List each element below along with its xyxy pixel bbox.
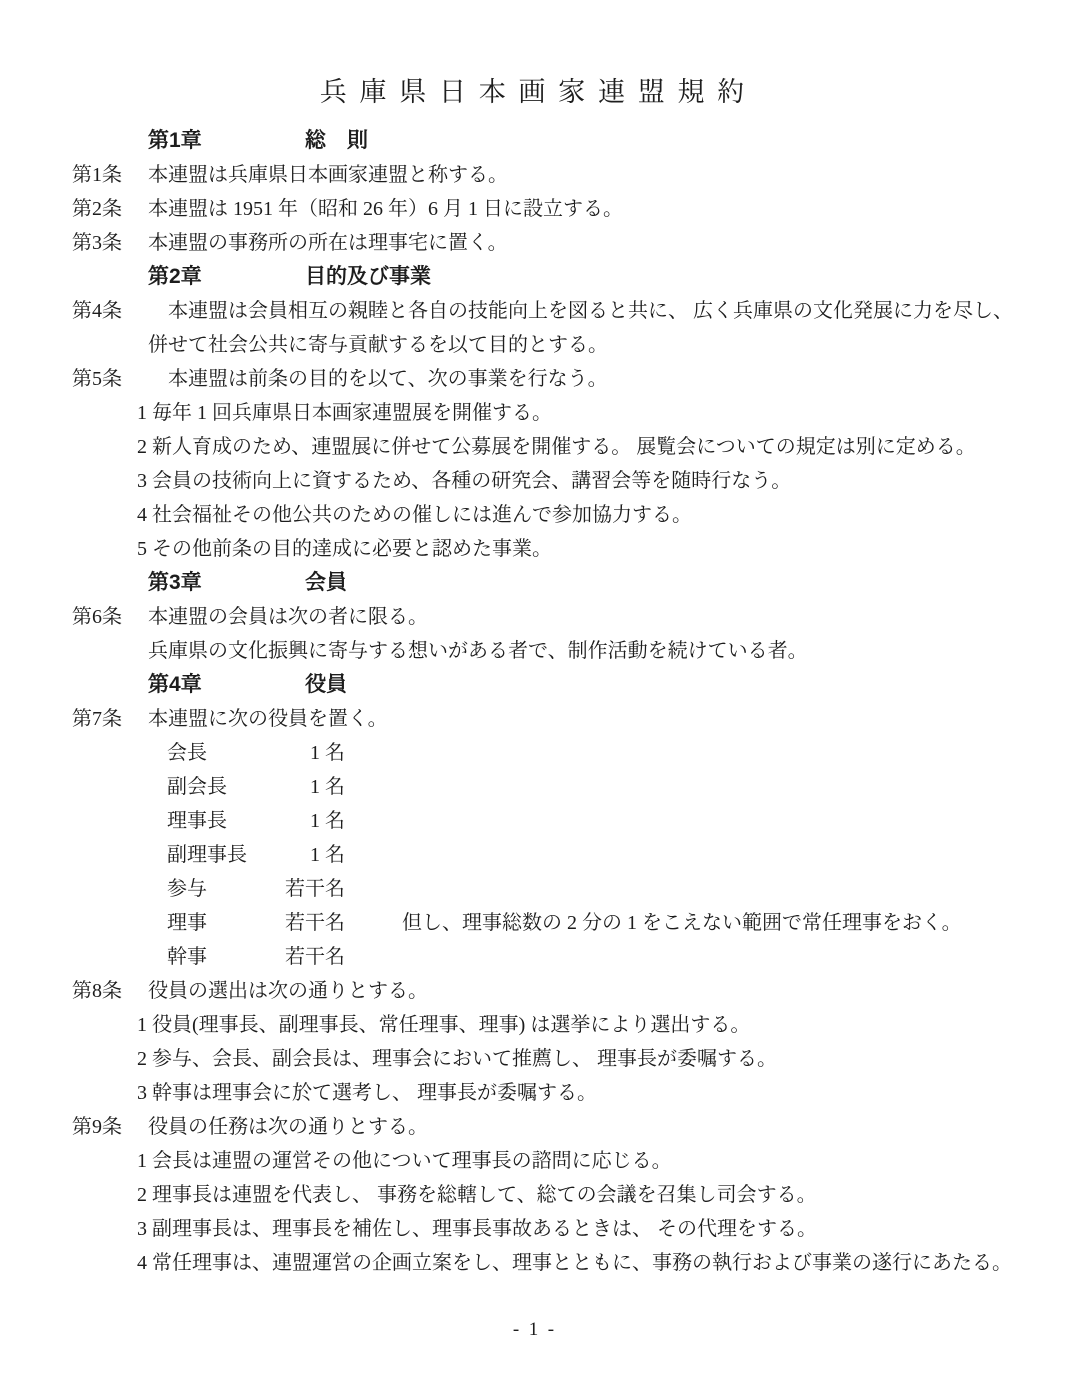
document-page: 兵 庫 県 日 本 画 家 連 盟 規 約 第1章総 則第1条本連盟は兵庫県日本…: [0, 0, 1067, 1387]
article-line: 第9条役員の任務は次の通りとする。: [72, 1110, 1067, 1144]
article-number: 第5条: [72, 362, 148, 396]
item-text: 3 幹事は理事会に於て選考し、 理事長が委嘱する。: [137, 1082, 597, 1104]
item-text: 2 新人育成のため、連盟展に併せて公募展を開催する。 展覧会についての規定は別に…: [137, 436, 976, 458]
chapter-title: 目的及び事業: [305, 265, 431, 288]
chapter-number: 第3章: [148, 566, 305, 600]
article-number: 第6条: [72, 600, 148, 634]
document-content: 第1章総 則第1条本連盟は兵庫県日本画家連盟と称する。第2条本連盟は 1951 …: [0, 124, 1067, 1280]
officer-title: 理事長: [167, 804, 283, 838]
chapter-heading: 第3章会員: [148, 566, 1067, 600]
chapter-title: 総 則: [305, 129, 368, 152]
officer-count: 1 名: [283, 770, 345, 804]
officer-title: 会長: [167, 736, 283, 770]
article-text: 本連盟の会員は次の者に限る。: [148, 606, 428, 628]
list-item: 2 参与、会長、副会長は、理事会において推薦し、 理事長が委嘱する。: [137, 1042, 1067, 1076]
list-item: 2 新人育成のため、連盟展に併せて公募展を開催する。 展覧会についての規定は別に…: [137, 430, 1067, 464]
article-text: 本連盟は会員相互の親睦と各自の技能向上を図ると共に、 広く兵庫県の文化発展に力を…: [148, 300, 1013, 322]
page-title: 兵 庫 県 日 本 画 家 連 盟 規 約: [0, 0, 1067, 108]
item-text: 1 毎年 1 回兵庫県日本画家連盟展を開催する。: [137, 402, 552, 424]
officer-count: 若干名: [283, 940, 345, 974]
article-number: 第4条: [72, 294, 148, 328]
article-number: 第1条: [72, 158, 148, 192]
officer-row: 理事長1 名: [167, 804, 1067, 838]
chapter-number: 第1章: [148, 124, 305, 158]
article-text: 本連盟の事務所の所在は理事宅に置く。: [148, 232, 508, 254]
article-continuation: 兵庫県の文化振興に寄与する想いがある者で、制作活動を続けている者。: [148, 634, 1067, 668]
officer-row: 幹事若干名: [167, 940, 1067, 974]
article-continuation: 併せて社会公共に寄与貢献するを以て目的とする。: [148, 328, 1067, 362]
page-number: - 1 -: [0, 1319, 1067, 1341]
article-number: 第9条: [72, 1110, 148, 1144]
item-text: 1 会長は連盟の運営その他について理事長の諮問に応じる。: [137, 1150, 672, 1172]
item-text: 2 理事長は連盟を代表し、 事務を総轄して、総ての会議を召集し司会する。: [137, 1184, 817, 1206]
article-text: 役員の任務は次の通りとする。: [148, 1116, 428, 1138]
officer-count: 1 名: [283, 736, 345, 770]
officer-title: 理事: [167, 906, 283, 940]
article-line: 第3条本連盟の事務所の所在は理事宅に置く。: [72, 226, 1067, 260]
item-text: 3 会員の技術向上に資するため、各種の研究会、講習会等を随時行なう。: [137, 470, 791, 492]
article-line: 第4条 本連盟は会員相互の親睦と各自の技能向上を図ると共に、 広く兵庫県の文化発…: [72, 294, 1067, 328]
list-item: 3 幹事は理事会に於て選考し、 理事長が委嘱する。: [137, 1076, 1067, 1110]
officer-row: 副会長1 名: [167, 770, 1067, 804]
article-number: 第2条: [72, 192, 148, 226]
article-number: 第8条: [72, 974, 148, 1008]
article-text: 本連盟に次の役員を置く。: [148, 708, 388, 730]
item-text: 3 副理事長は、理事長を補佐し、理事長事故あるときは、 その代理をする。: [137, 1218, 817, 1240]
article-line: 第2条本連盟は 1951 年（昭和 26 年）6 月 1 日に設立する。: [72, 192, 1067, 226]
article-text: 併せて社会公共に寄与貢献するを以て目的とする。: [148, 334, 608, 356]
article-text: 本連盟は 1951 年（昭和 26 年）6 月 1 日に設立する。: [148, 198, 623, 220]
list-item: 1 会長は連盟の運営その他について理事長の諮問に応じる。: [137, 1144, 1067, 1178]
chapter-number: 第4章: [148, 668, 305, 702]
list-item: 3 会員の技術向上に資するため、各種の研究会、講習会等を随時行なう。: [137, 464, 1067, 498]
officer-row: 参与若干名: [167, 872, 1067, 906]
article-line: 第7条本連盟に次の役員を置く。: [72, 702, 1067, 736]
list-item: 4 常任理事は、連盟運営の企画立案をし、理事とともに、事務の執行および事業の遂行…: [137, 1246, 1067, 1280]
article-text: 本連盟は前条の目的を以て、次の事業を行なう。: [148, 368, 608, 390]
officer-title: 参与: [167, 872, 283, 906]
chapter-title: 役員: [305, 673, 347, 696]
item-text: 2 参与、会長、副会長は、理事会において推薦し、 理事長が委嘱する。: [137, 1048, 777, 1070]
list-item: 3 副理事長は、理事長を補佐し、理事長事故あるときは、 その代理をする。: [137, 1212, 1067, 1246]
officer-row: 理事若干名但し、理事総数の 2 分の 1 をこえない範囲で常任理事をおく。: [167, 906, 1067, 940]
list-item: 5 その他前条の目的達成に必要と認めた事業。: [137, 532, 1067, 566]
item-text: 4 常任理事は、連盟運営の企画立案をし、理事とともに、事務の執行および事業の遂行…: [137, 1252, 1012, 1274]
officer-count: 1 名: [283, 804, 345, 838]
chapter-heading: 第1章総 則: [148, 124, 1067, 158]
officer-row: 副理事長1 名: [167, 838, 1067, 872]
officer-count: 若干名: [283, 906, 345, 940]
article-line: 第1条本連盟は兵庫県日本画家連盟と称する。: [72, 158, 1067, 192]
chapter-number: 第2章: [148, 260, 305, 294]
article-number: 第7条: [72, 702, 148, 736]
officer-count: 若干名: [283, 872, 345, 906]
chapter-heading: 第4章役員: [148, 668, 1067, 702]
chapter-title: 会員: [305, 571, 347, 594]
officer-title: 副理事長: [167, 838, 283, 872]
article-number: 第3条: [72, 226, 148, 260]
list-item: 2 理事長は連盟を代表し、 事務を総轄して、総ての会議を召集し司会する。: [137, 1178, 1067, 1212]
article-line: 第8条役員の選出は次の通りとする。: [72, 974, 1067, 1008]
list-item: 1 役員(理事長、副理事長、常任理事、理事) は選挙により選出する。: [137, 1008, 1067, 1042]
list-item: 4 社会福祉その他公共のための催しには進んで参加協力する。: [137, 498, 1067, 532]
article-line: 第6条本連盟の会員は次の者に限る。: [72, 600, 1067, 634]
item-text: 1 役員(理事長、副理事長、常任理事、理事) は選挙により選出する。: [137, 1014, 750, 1036]
article-text: 兵庫県の文化振興に寄与する想いがある者で、制作活動を続けている者。: [148, 640, 808, 662]
officer-count: 1 名: [283, 838, 345, 872]
item-text: 4 社会福祉その他公共のための催しには進んで参加協力する。: [137, 504, 692, 526]
officer-note: 但し、理事総数の 2 分の 1 をこえない範囲で常任理事をおく。: [345, 912, 962, 934]
list-item: 1 毎年 1 回兵庫県日本画家連盟展を開催する。: [137, 396, 1067, 430]
officer-title: 幹事: [167, 940, 283, 974]
item-text: 5 その他前条の目的達成に必要と認めた事業。: [137, 538, 552, 560]
article-line: 第5条 本連盟は前条の目的を以て、次の事業を行なう。: [72, 362, 1067, 396]
article-text: 本連盟は兵庫県日本画家連盟と称する。: [148, 164, 508, 186]
article-text: 役員の選出は次の通りとする。: [148, 980, 428, 1002]
officer-title: 副会長: [167, 770, 283, 804]
chapter-heading: 第2章目的及び事業: [148, 260, 1067, 294]
officer-row: 会長1 名: [167, 736, 1067, 770]
